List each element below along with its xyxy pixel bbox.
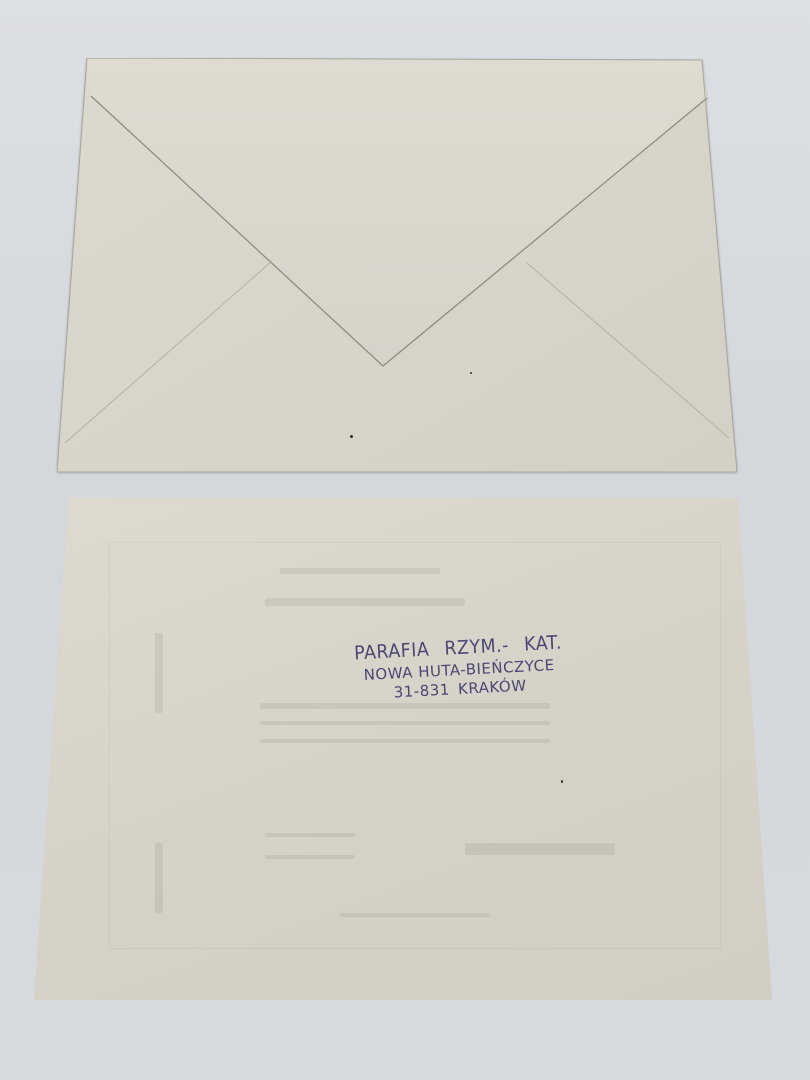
- show-through-print: [109, 542, 721, 949]
- parish-rubber-stamp: PARAFIA RZYM.- KAT. NOWA HUTA-BIEŃCZYCE …: [338, 631, 581, 704]
- envelope: [57, 58, 737, 472]
- envelope-back-illustration: [57, 58, 737, 472]
- dust-speck: [470, 372, 472, 374]
- printed-card: PARAFIA RZYM.- KAT. NOWA HUTA-BIEŃCZYCE …: [34, 497, 772, 1000]
- dust-speck: [561, 780, 563, 783]
- dust-speck: [350, 435, 353, 438]
